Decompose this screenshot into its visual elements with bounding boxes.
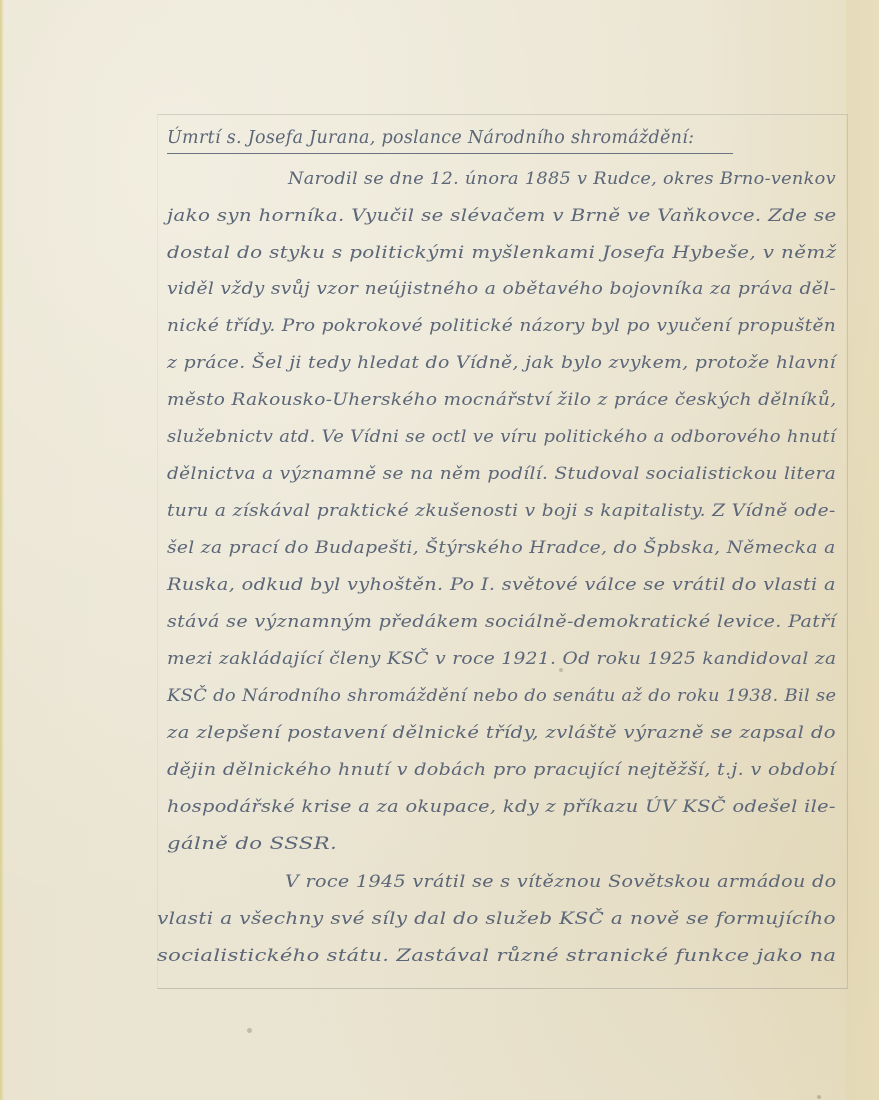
text-line: gálně do SSSR. <box>167 836 337 853</box>
text-line: hospodářské krise a za okupace, kdy z př… <box>167 799 836 816</box>
text-line: jako syn horníka. Vyučil se slévačem v B… <box>167 208 837 225</box>
page-left-edge <box>0 0 4 1100</box>
paper-spot <box>817 1095 821 1099</box>
text-line: z práce. Šel ji tedy hledat do Vídně, ja… <box>167 355 836 372</box>
text-line: za zlepšení postavení dělnické třídy, zv… <box>167 725 836 742</box>
text-line: KSČ do Národního shromáždění nebo do sen… <box>167 688 836 705</box>
text-line: nické třídy. Pro pokrokové politické náz… <box>167 318 836 335</box>
text-line: viděl vždy svůj vzor neújistného a oběta… <box>167 281 836 298</box>
page-right-margin-band <box>846 0 879 1100</box>
text-line: dějin dělnického hnutí v dobách pro prac… <box>167 762 836 779</box>
text-line: stává se významným předákem sociálně-dem… <box>167 614 836 631</box>
document-title: Úmrtí s. Josefa Jurana, poslance Národní… <box>167 130 733 154</box>
paper-spot <box>247 1028 252 1033</box>
text-line: vlasti a všechny své síly dal do služeb … <box>157 911 836 928</box>
text-line: dělnictva a významně se na něm podílí. S… <box>167 466 836 483</box>
text-line: V roce 1945 vrátil se s vítěznou Sovětsk… <box>285 874 836 891</box>
text-line: šel za prací do Budapešti, Štýrského Hra… <box>167 540 836 557</box>
text-line: turu a získával praktické zkušenosti v b… <box>167 503 836 520</box>
text-line: Narodil se dne 12. února 1885 v Rudce, o… <box>288 171 836 188</box>
text-line: služebnictv atd. Ve Vídni se octl ve vír… <box>167 429 836 446</box>
text-line: mezi zakládající členy KSČ v roce 1921. … <box>167 651 836 668</box>
text-line: Ruska, odkud byl vyhoštěn. Po I. světové… <box>167 577 836 594</box>
text-line: dostal do styku s politickými myšlenkami… <box>167 245 836 262</box>
text-line: město Rakousko-Uherského mocnářství žilo… <box>167 392 836 409</box>
text-line: socialistického státu. Zastával různé st… <box>157 948 836 965</box>
